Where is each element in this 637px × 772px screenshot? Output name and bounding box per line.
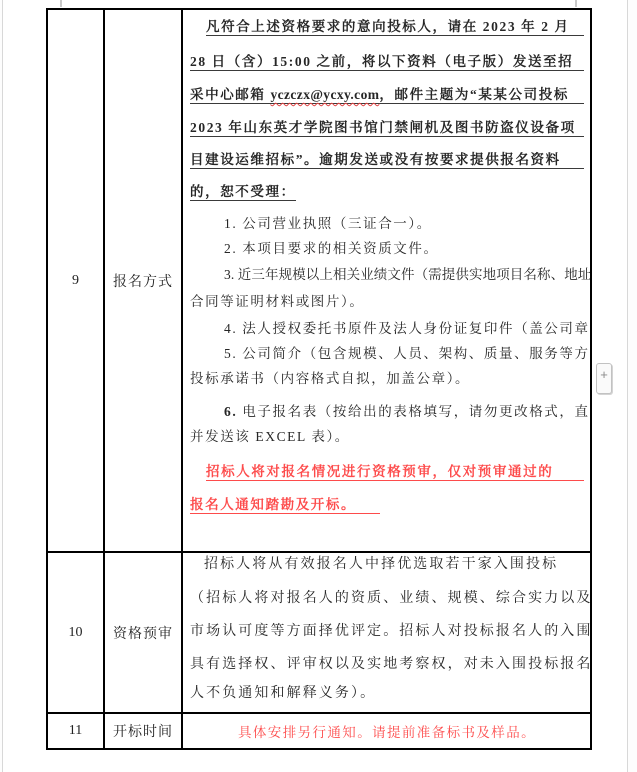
content-line: 采中心邮箱 yczczx@ycxy.com，邮件主题为“某某公司投标	[190, 85, 584, 105]
table-row-10: 10 资格预审 招标人将从有效报名人中择优选取若干家入围投标 （招标人将对报名人…	[48, 553, 590, 714]
row-number: 9	[72, 273, 79, 289]
row-label-cell: 报名方式	[105, 10, 183, 551]
row-number-cell: 10	[48, 553, 105, 712]
item-number: 6.	[224, 404, 242, 419]
table-row-9: 9 报名方式 凡符合上述资格要求的意向投标人，请在 2023 年 2 月 28 …	[48, 10, 590, 553]
page-edge-left	[2, 0, 3, 772]
content-line: 具有选择权、评审权以及实地考察权，对未入围投标报名	[190, 655, 584, 675]
content-line: 目建设运维招标”。逾期发送或没有按要求提供报名资料	[190, 150, 584, 170]
plus-button[interactable]: +	[596, 363, 612, 394]
list-item: 6. 电子报名表（按给出的表格填写，请勿更改格式，直接填写	[190, 402, 584, 422]
email-line-suffix: ，邮件主题为“某某公司投标	[379, 87, 569, 102]
ruler-tick-right	[575, 0, 577, 7]
notice-line-red: 具体安排另行通知。请提前准备标书及样品。	[238, 721, 536, 741]
row-label: 资格预审	[113, 623, 173, 643]
content-line: 人不负通知和解释义务）。	[190, 684, 584, 704]
email-text: yczczx@ycxy.com	[270, 87, 379, 102]
list-item: 2. 本项目要求的相关资质文件。	[190, 239, 584, 259]
ruler-tick-left	[60, 0, 62, 7]
content-line: 28 日（含）15:00 之前，将以下资料（电子版）发送至招	[190, 52, 584, 72]
row-label: 开标时间	[113, 721, 173, 741]
bid-info-table: 9 报名方式 凡符合上述资格要求的意向投标人，请在 2023 年 2 月 28 …	[46, 8, 592, 750]
page-edge-right	[627, 0, 628, 772]
row-content-cell: 具体安排另行通知。请提前准备标书及样品。	[183, 714, 590, 748]
row-number-cell: 11	[48, 714, 105, 748]
email-line-prefix: 采中心邮箱	[190, 87, 270, 102]
content-line: 2023 年山东英才学院图书馆门禁闸机及图书防盗仪设备项	[190, 118, 584, 138]
content-line: 市场认可度等方面择优评定。招标人对投标报名人的入围	[190, 622, 584, 642]
content-line: （招标人将对报名人的资质、业绩、规模、综合实力以及	[190, 589, 584, 609]
content-line: 招标人将从有效报名人中择优选取若干家入围投标	[190, 555, 584, 575]
row-label: 报名方式	[113, 271, 173, 291]
notice-line-red: 报名人通知踏勘及开标。	[190, 495, 584, 515]
row-label-cell: 开标时间	[105, 714, 183, 748]
list-item-wrap: 合同等证明材料或图片）。	[190, 292, 584, 312]
content-line: 的，恕不受理：	[190, 182, 584, 202]
table-row-11: 11 开标时间 具体安排另行通知。请提前准备标书及样品。	[48, 714, 590, 748]
row-content-cell: 招标人将从有效报名人中择优选取若干家入围投标 （招标人将对报名人的资质、业绩、规…	[183, 553, 590, 712]
document-canvas: 9 报名方式 凡符合上述资格要求的意向投标人，请在 2023 年 2 月 28 …	[0, 0, 637, 772]
content-line: 凡符合上述资格要求的意向投标人，请在 2023 年 2 月	[190, 17, 584, 37]
list-item: 3. 近三年规模以上相关业绩文件（需提供实地项目名称、地址、	[190, 265, 584, 285]
row-label-cell: 资格预审	[105, 553, 183, 712]
list-item: 1. 公司营业执照（三证合一）。	[190, 214, 584, 234]
list-item-wrap: 投标承诺书（内容格式自拟，加盖公章）。	[190, 369, 584, 389]
notice-line-red: 招标人将对报名情况进行资格预审，仅对预审通过的	[190, 462, 584, 482]
list-item-wrap: 并发送该 EXCEL 表）。	[190, 427, 584, 447]
list-item: 4. 法人授权委托书原件及法人身份证复印件（盖公司章）。	[190, 319, 584, 339]
row-number: 10	[69, 625, 83, 641]
row-number-cell: 9	[48, 10, 105, 551]
row-number: 11	[69, 723, 82, 739]
list-item: 5. 公司简介（包含规模、人员、架构、质量、服务等方面），	[190, 344, 584, 364]
row-content-cell: 凡符合上述资格要求的意向投标人，请在 2023 年 2 月 28 日（含）15:…	[183, 10, 590, 551]
